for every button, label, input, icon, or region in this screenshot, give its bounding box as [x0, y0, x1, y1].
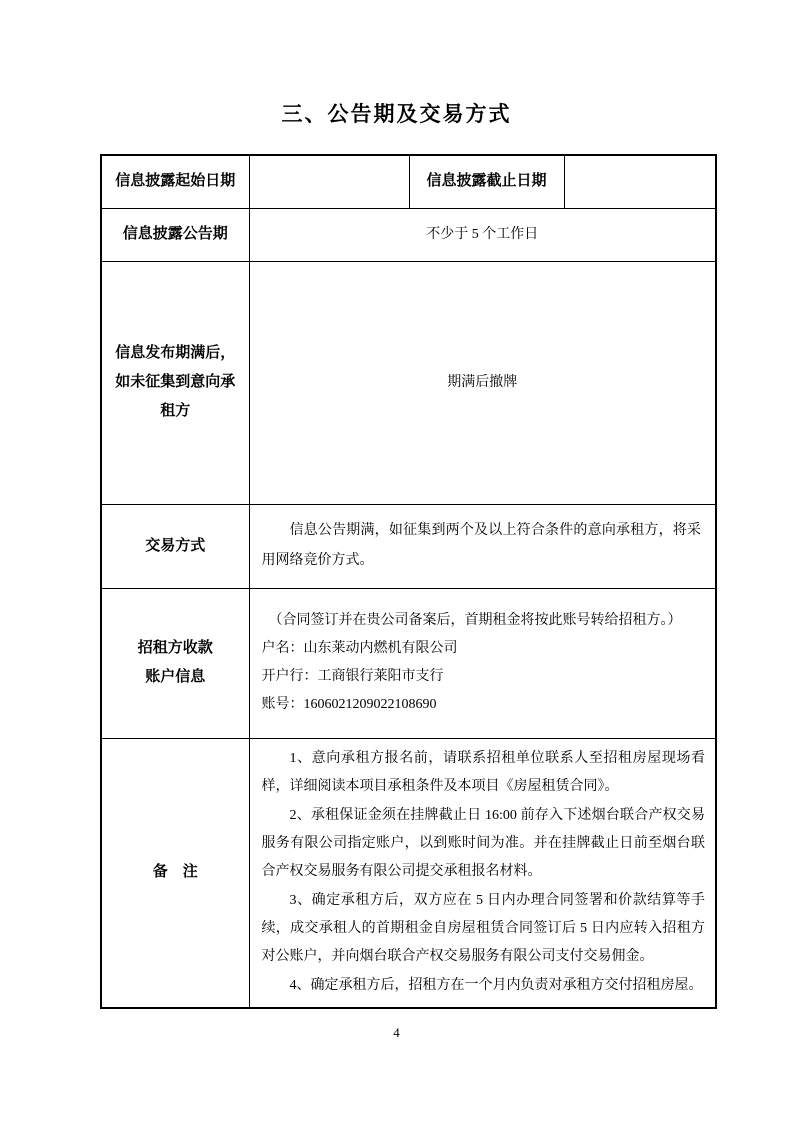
remark-item-3: 3、确定承租方后，双方应在 5 日内办理合同签署和价款结算等手续，成交承租人的首…	[262, 887, 706, 971]
remarks-label: 备 注	[101, 738, 249, 1008]
account-number: 账号：1606021209022108690	[262, 691, 706, 719]
payee-account-cell: （合同签订并在贵公司备案后，首期租金将按此账号转给招租方。） 户名：山东莱动内燃…	[249, 588, 716, 738]
row-transaction-method: 交易方式 信息公告期满，如征集到两个及以上符合条件的意向承租方，将采用网络竞价方…	[101, 504, 716, 588]
row-announcement-period: 信息披露公告期 不少于 5 个工作日	[101, 208, 716, 261]
remark-item-1: 1、意向承租方报名前，请联系招租单位联系人至招租房屋现场看样，详细阅读本项目承租…	[262, 745, 706, 801]
account-holder-name: 户名：山东莱动内燃机有限公司	[262, 635, 706, 663]
disclosure-end-value	[564, 155, 716, 208]
payee-account-label: 招租方收款 账户信息	[101, 588, 249, 738]
transaction-method-text: 信息公告期满，如征集到两个及以上符合条件的意向承租方，将采用网络竞价方式。	[262, 516, 702, 576]
payee-account-label-line: 账户信息	[106, 663, 245, 692]
remarks-cell: 1、意向承租方报名前，请联系招租单位联系人至招租房屋现场看样，详细阅读本项目承租…	[249, 738, 716, 1008]
account-note: （合同签订并在贵公司备案后，首期租金将按此账号转给招租方。）	[262, 607, 706, 635]
payee-account-label-line: 招租方收款	[106, 634, 245, 663]
disclosure-start-label: 信息披露起始日期	[101, 155, 249, 208]
expiry-value: 期满后撤牌	[249, 261, 716, 504]
account-bank: 开户行：工商银行莱阳市支行	[262, 663, 706, 691]
expiry-label-line: 信息发布期满后，	[106, 339, 245, 368]
page-number: 4	[0, 1025, 793, 1041]
announcement-period-value: 不少于 5 个工作日	[249, 208, 716, 261]
remark-item-4: 4、确定承租方后，招租方在一个月内负责对承租方交付招租房屋。	[262, 972, 706, 1000]
announcement-table: 信息披露起始日期 信息披露截止日期 信息披露公告期 不少于 5 个工作日 信息发…	[100, 154, 717, 1009]
row-remarks: 备 注 1、意向承租方报名前，请联系招租单位联系人至招租房屋现场看样，详细阅读本…	[101, 738, 716, 1008]
transaction-method-label: 交易方式	[101, 504, 249, 588]
disclosure-end-label: 信息披露截止日期	[409, 155, 564, 208]
announcement-period-label: 信息披露公告期	[101, 208, 249, 261]
disclosure-start-value	[249, 155, 409, 208]
expiry-label: 信息发布期满后， 如未征集到意向承 租方	[101, 261, 249, 504]
row-expiry-action: 信息发布期满后， 如未征集到意向承 租方 期满后撤牌	[101, 261, 716, 504]
expiry-label-line: 如未征集到意向承	[106, 368, 245, 397]
row-payee-account: 招租方收款 账户信息 （合同签订并在贵公司备案后，首期租金将按此账号转给招租方。…	[101, 588, 716, 738]
transaction-method-cell: 信息公告期满，如征集到两个及以上符合条件的意向承租方，将采用网络竞价方式。	[249, 504, 716, 588]
section-title: 三、公告期及交易方式	[0, 98, 793, 128]
remark-item-2: 2、承租保证金须在挂牌截止日 16:00 前存入下述烟台联合产权交易服务有限公司…	[262, 802, 706, 886]
row-disclosure-dates: 信息披露起始日期 信息披露截止日期	[101, 155, 716, 208]
expiry-label-line: 租方	[106, 397, 245, 426]
document-page: 三、公告期及交易方式 信息披露起始日期 信息披露截止日期 信息披露公告期 不少于…	[0, 0, 793, 1122]
